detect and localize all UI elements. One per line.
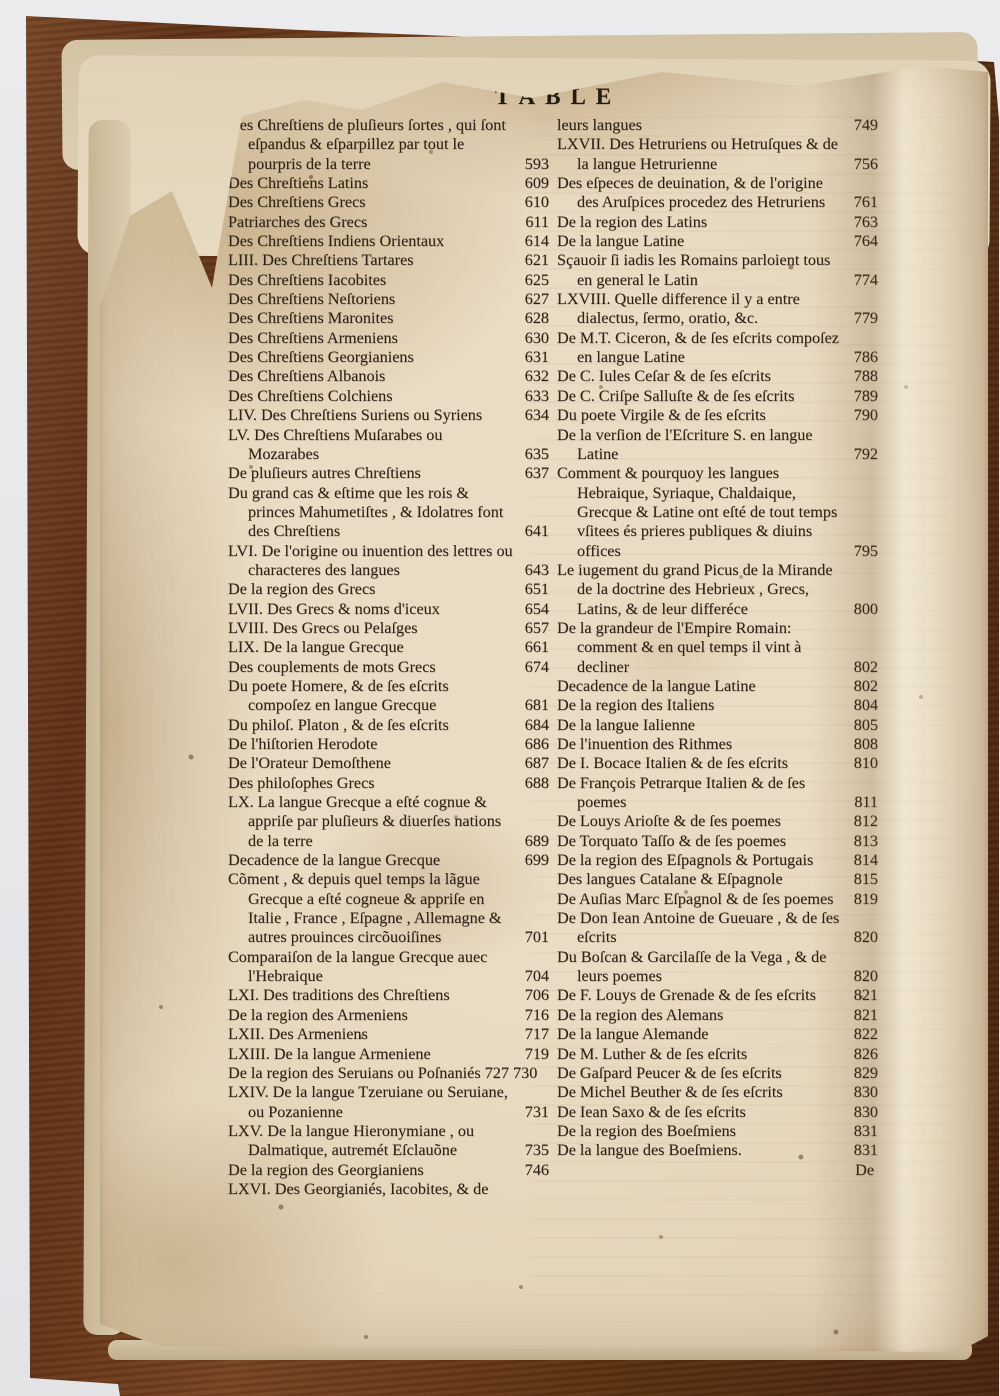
toc-entry: De Gaſpard Peucer & de ſes eſcrits 829 (557, 1064, 878, 1083)
toc-entry-page: 786 (854, 348, 878, 367)
toc-entry-text: Du poete Homere, & de ſes eſcrits compoſ… (228, 677, 449, 714)
toc-entry: Comparaiſon de la langue Grecque auec l'… (228, 948, 549, 987)
toc-entry-text: De l'inuention des Rithmes (557, 735, 732, 753)
toc-entry-page: 625 (525, 271, 549, 290)
toc-entry: Sçauoir ſi iadis les Romains parloient t… (557, 251, 878, 290)
toc-entry-text: Des langues Catalane & Eſpagnole (557, 870, 783, 888)
toc-entry-page: 756 (854, 155, 878, 174)
toc-entry: De la region des Seruians ou Poſnaniés 7… (228, 1064, 549, 1083)
toc-entry-page: 651 (525, 580, 549, 599)
toc-entry-text: Des Chreſtiens Latins (228, 174, 368, 192)
toc-entry: Des eſpeces de deuination, & de l'origin… (557, 174, 878, 213)
toc-entry-text: LVI. De l'origine ou inuention des lettr… (228, 542, 513, 579)
toc-entry: De la region des Italiens 804 (557, 696, 878, 715)
toc-entry-text: Des Chreſtiens Maronites (228, 309, 393, 327)
toc-entry-text: De Iean Saxo & de ſes eſcrits (557, 1103, 746, 1121)
toc-entry-text: LVII. Des Grecs & noms d'iceux (228, 600, 440, 618)
toc-entry-text: Des Chreſtiens Grecs (228, 193, 366, 211)
toc-entry: De l'hiſtorien Herodote 686 (228, 735, 549, 754)
toc-entry-text: De la langue Alemande (557, 1025, 708, 1043)
toc-entry: Des Chreſtiens Iacobites 625 (228, 271, 549, 290)
toc-entry: Decadence de la langue Latine 802 (557, 677, 878, 696)
toc-entry-text: Sçauoir ſi iadis les Romains parloient t… (557, 251, 830, 288)
toc-entry-text: De Louys Arioſte & de ſes poemes (557, 812, 781, 830)
toc-entry-page: 830 (854, 1103, 878, 1122)
toc-entry-text: De Torquato Taſſo & de ſes poemes (557, 832, 786, 850)
toc-entry: Des Chreſtiens Armeniens 630 (228, 329, 549, 348)
toc-entry-text: leurs langues (557, 116, 642, 134)
toc-entry-text: Des Chreſtiens Iacobites (228, 271, 386, 289)
toc-entry: LXIII. De la langue Armeniene 719 (228, 1045, 549, 1064)
toc-entry-text: De la region des Alemans (557, 1006, 723, 1024)
toc-entry-page: 763 (854, 213, 878, 232)
toc-entry-page: 810 (854, 754, 878, 773)
toc-entry-page: 633 (525, 387, 549, 406)
toc-entry-page: 731 (525, 1103, 549, 1122)
toc-entry-text: De C. Iules Ceſar & de ſes eſcrits (557, 367, 771, 385)
toc-entry: De Don Iean Antoine de Gueuare , & de ſe… (557, 909, 878, 948)
toc-entry-page: 706 (525, 986, 549, 1005)
toc-entry-text: Decadence de la langue Latine (557, 677, 756, 695)
toc-entry-page: 610 (525, 193, 549, 212)
toc-entry-text: LXVII. Des Hetruriens ou Hetruſques & de… (557, 135, 838, 172)
toc-entry-text: De la langue Latine (557, 232, 684, 250)
toc-entry: LIX. De la langue Grecque 661 (228, 638, 549, 657)
toc-entry: Patriarches des Grecs 611 (228, 213, 549, 232)
toc-entry-text: LXI. Des traditions des Chreſtiens (228, 986, 450, 1004)
toc-entry: De Iean Saxo & de ſes eſcrits 830 (557, 1103, 878, 1122)
toc-entry-page: 789 (854, 387, 878, 406)
toc-entry-text: Des Chreſtiens Armeniens (228, 329, 398, 347)
toc-entry-page: 735 (525, 1141, 549, 1160)
toc-entry: Des Chreſtiens Albanois 632 (228, 367, 549, 386)
toc-entry: De la region des Georgianiens 746 (228, 1161, 549, 1180)
toc-entry: De F. Louys de Grenade & de ſes eſcrits … (557, 986, 878, 1005)
toc-entry: LV. Des Chreſtiens Muſarabes ou Mozarabe… (228, 426, 549, 465)
toc-entry: De la langue Alemande 822 (557, 1025, 878, 1044)
toc-entry: De la langue des Boeſmiens. 831 (557, 1141, 878, 1160)
toc-entry-text: De la region des Eſpagnols & Portugais (557, 851, 813, 869)
book-page: TABLE Des Chreſtiens de pluſieurs ſortes… (100, 56, 988, 1352)
toc-entry-page: 621 (525, 251, 549, 270)
toc-entry: De la region des Alemans 821 (557, 1006, 878, 1025)
toc-entry: LXV. De la langue Hieronymiane , ou Dalm… (228, 1122, 549, 1161)
toc-entry-page: 790 (854, 406, 878, 425)
toc-entry-page: 805 (854, 716, 878, 735)
toc-entry-page: 699 (525, 851, 549, 870)
toc-entry-text: Des eſpeces de deuination, & de l'origin… (557, 174, 825, 211)
toc-entry: De I. Bocace Italien & de ſes eſcrits 81… (557, 754, 878, 773)
toc-entry: LXVIII. Quelle difference il y a entre d… (557, 290, 878, 329)
toc-entry-page: 815 (854, 870, 878, 889)
toc-entry-page: 701 (525, 928, 549, 947)
toc-entry: De la region des Boeſmiens 831 (557, 1122, 878, 1141)
toc-entry: Du grand cas & eſtime que les rois & pri… (228, 484, 549, 542)
toc-entry-text: De François Petrarque Italien & de ſes p… (557, 774, 805, 811)
toc-entry-text: De F. Louys de Grenade & de ſes eſcrits (557, 986, 816, 1004)
toc-entry-page: 661 (525, 638, 549, 657)
toc-entry-text: De Gaſpard Peucer & de ſes eſcrits (557, 1064, 782, 1082)
toc-entry-text: LXV. De la langue Hieronymiane , ou Dalm… (228, 1122, 474, 1159)
toc-entry-page: 657 (525, 619, 549, 638)
toc-entry-text: De la region des Boeſmiens (557, 1122, 736, 1140)
toc-entry: De C. Criſpe Salluſte & de ſes eſcrits 7… (557, 387, 878, 406)
toc-entry-page: 654 (525, 600, 549, 619)
toc-entry-text: LIII. Des Chreſtiens Tartares (228, 251, 414, 269)
toc-entry: Cõment , & depuis quel temps la lãgue Gr… (228, 870, 549, 947)
toc-entry-page: 689 (525, 832, 549, 851)
toc-column-left: Des Chreſtiens de pluſieurs ſortes , qui… (228, 116, 549, 1199)
toc-entry-page: 686 (525, 735, 549, 754)
toc-entry: De M. Luther & de ſes eſcrits 826 (557, 1045, 878, 1064)
toc-entry-page: 614 (525, 232, 549, 251)
toc-entry-text: De la verſion de l'Eſcriture S. en langu… (557, 426, 813, 463)
toc-entry-text: Des Chreſtiens Indiens Orientaux (228, 232, 444, 250)
toc-entry: De la langue Ialienne 805 (557, 716, 878, 735)
toc-entry-text: Des philoſophes Grecs (228, 774, 375, 792)
toc-entry: LXVII. Des Hetruriens ou Hetruſques & de… (557, 135, 878, 174)
toc-entry-text: De I. Bocace Italien & de ſes eſcrits (557, 754, 788, 772)
toc-entry: De Auſias Marc Eſpagnol & de ſes poemes … (557, 890, 878, 909)
toc-entry-page: 632 (525, 367, 549, 386)
toc-entry: Des philoſophes Grecs 688 (228, 774, 549, 793)
toc-entry-page: 631 (525, 348, 549, 367)
toc-entry-page: 634 (525, 406, 549, 425)
toc-entry: De la region des Latins 763 (557, 213, 878, 232)
toc-entry-page: 779 (854, 309, 878, 328)
toc-entry-page: 593 (525, 155, 549, 174)
toc-entry-text: LXVI. Des Georgianiés, Iacobites, & de (228, 1180, 488, 1198)
toc-entry-page: 800 (854, 600, 878, 619)
toc-entry-text: Du grand cas & eſtime que les rois & pri… (228, 484, 503, 541)
toc-entry: LXIV. De la langue Tzeruiane ou Seruiane… (228, 1083, 549, 1122)
catchword: De (557, 1161, 878, 1180)
toc-entry: LVIII. Des Grecs ou Pelaſges 657 (228, 619, 549, 638)
toc-entry-page: 687 (525, 754, 549, 773)
toc-entry-page: 830 (854, 1083, 878, 1102)
toc-entry: Des couplements de mots Grecs 674 (228, 658, 549, 677)
toc-entry: LIV. Des Chreſtiens Suriens ou Syriens 6… (228, 406, 549, 425)
toc-entry: De François Petrarque Italien & de ſes p… (557, 774, 878, 813)
toc-entry-page: 808 (854, 735, 878, 754)
toc-entry: De Torquato Taſſo & de ſes poemes 813 (557, 832, 878, 851)
toc-entry: Comment & pourquoy les langues Hebraique… (557, 464, 878, 561)
toc-entry: LXII. Des Armeniens 717 (228, 1025, 549, 1044)
toc-entry: Le iugement du grand Picus de la Mirande… (557, 561, 878, 619)
toc-entry-text: LX. La langue Grecque a eſté cognue & ap… (228, 793, 501, 850)
toc-entry-page: 719 (525, 1045, 549, 1064)
toc-entry: LVII. Des Grecs & noms d'iceux 654 (228, 600, 549, 619)
toc-entry-page: 749 (854, 116, 878, 135)
toc-entry: De la grandeur de l'Empire Romain: comme… (557, 619, 878, 677)
toc-entry-text: De l'hiſtorien Herodote (228, 735, 377, 753)
toc-entry: De la langue Latine 764 (557, 232, 878, 251)
toc-entry-page: 804 (854, 696, 878, 715)
toc-entry-text: De Don Iean Antoine de Gueuare , & de ſe… (557, 909, 839, 946)
toc-entry: Des Chreſtiens Grecs 610 (228, 193, 549, 212)
toc-entry-text: De la region des Latins (557, 213, 707, 231)
toc-entry-text: De l'Orateur Demoſthene (228, 754, 391, 772)
toc-entry-page: 727 730 (485, 1064, 538, 1082)
toc-entry-text: De la region des Armeniens (228, 1006, 408, 1024)
toc-entry: Des Chreſtiens Maronites 628 (228, 309, 549, 328)
toc-entry-page: 831 (854, 1122, 878, 1141)
toc-entry: Des Chreſtiens Indiens Orientaux 614 (228, 232, 549, 251)
toc-entry-text: Des Chreſtiens Neſtoriens (228, 290, 395, 308)
toc-entry: Du Boſcan & Garcilaſſe de la Vega , & de… (557, 948, 878, 987)
toc-entry-text: LIV. Des Chreſtiens Suriens ou Syriens (228, 406, 482, 424)
toc-entry-text: De la region des Georgianiens (228, 1161, 424, 1179)
toc-entry-page: 812 (854, 812, 878, 831)
toc-entry-text: De Auſias Marc Eſpagnol & de ſes poemes (557, 890, 833, 908)
toc-entry-text: LXII. Des Armeniens (228, 1025, 368, 1043)
toc-entry-text: LXIII. De la langue Armeniene (228, 1045, 431, 1063)
toc-entry: De la verſion de l'Eſcriture S. en langu… (557, 426, 878, 465)
toc-entry-page: 814 (854, 851, 878, 870)
toc-entry-text: De la grandeur de l'Empire Romain: comme… (557, 619, 801, 676)
toc-entry-text: Des Chreſtiens de pluſieurs ſortes , qui… (228, 116, 506, 173)
toc-entry-text: LVIII. Des Grecs ou Pelaſges (228, 619, 418, 637)
toc-entry-text: Du philoſ. Platon , & de ſes eſcrits (228, 716, 449, 734)
toc-entry-page: 611 (525, 213, 549, 232)
toc-entry-page: 792 (854, 445, 878, 464)
toc-entry-text: De M.T. Ciceron, & de ſes eſcrits compoſ… (557, 329, 839, 366)
toc-entry-page: 820 (854, 928, 878, 947)
toc-entry-page: 764 (854, 232, 878, 251)
toc-entry-text: De la region des Grecs (228, 580, 375, 598)
toc-entry-page: 681 (525, 696, 549, 715)
toc-entry-text: Du Boſcan & Garcilaſſe de la Vega , & de… (557, 948, 826, 985)
toc-entry-page: 802 (854, 677, 878, 696)
toc-entry-page: 795 (854, 542, 878, 561)
toc-entry: Des Chreſtiens Georgianiens 631 (228, 348, 549, 367)
toc-entry: Des langues Catalane & Eſpagnole 815 (557, 870, 878, 889)
toc-entry-page: 641 (525, 522, 549, 541)
toc-entry: Du poete Virgile & de ſes eſcrits 790 (557, 406, 878, 425)
toc-columns: Des Chreſtiens de pluſieurs ſortes , qui… (228, 116, 878, 1199)
toc-entry: De l'Orateur Demoſthene 687 (228, 754, 549, 773)
toc-entry: De l'inuention des Rithmes 808 (557, 735, 878, 754)
toc-entry-page: 831 (854, 1141, 878, 1160)
toc-entry-page: 788 (854, 367, 878, 386)
toc-entry-text: Cõment , & depuis quel temps la lãgue Gr… (228, 870, 502, 946)
page-content: TABLE Des Chreſtiens de pluſieurs ſortes… (228, 84, 878, 1199)
toc-entry-text: De la langue Ialienne (557, 716, 695, 734)
toc-entry: Du philoſ. Platon , & de ſes eſcrits 684 (228, 716, 549, 735)
toc-entry-text: De la region des Italiens (557, 696, 714, 714)
toc-entry-page: 822 (854, 1025, 878, 1044)
toc-entry-text: LIX. De la langue Grecque (228, 638, 404, 656)
toc-entry-text: LXVIII. Quelle difference il y a entre d… (557, 290, 800, 327)
toc-entry: Du poete Homere, & de ſes eſcrits compoſ… (228, 677, 549, 716)
toc-entry-text: LV. Des Chreſtiens Muſarabes ou Mozarabe… (228, 426, 442, 463)
toc-entry-page: 761 (854, 193, 878, 212)
toc-entry-text: De la region des Seruians ou Poſnaniés (228, 1064, 481, 1082)
toc-entry-text: De pluſieurs autres Chreſtiens (228, 464, 421, 482)
toc-entry-page: 826 (854, 1045, 878, 1064)
toc-entry-page: 829 (854, 1064, 878, 1083)
toc-entry: De M.T. Ciceron, & de ſes eſcrits compoſ… (557, 329, 878, 368)
toc-entry: LIII. Des Chreſtiens Tartares 621 (228, 251, 549, 270)
toc-entry: Des Chreſtiens Colchiens 633 (228, 387, 549, 406)
toc-entry-page: 774 (854, 271, 878, 290)
toc-entry: De Michel Beuther & de ſes eſcrits 830 (557, 1083, 878, 1102)
toc-entry-page: 821 (854, 1006, 878, 1025)
toc-entry-page: 716 (525, 1006, 549, 1025)
toc-entry-page: 820 (854, 967, 878, 986)
toc-entry: Des Chreſtiens Latins 609 (228, 174, 549, 193)
toc-entry-page: 811 (854, 793, 878, 812)
toc-entry-page: 635 (525, 445, 549, 464)
toc-entry-text: De C. Criſpe Salluſte & de ſes eſcrits (557, 387, 794, 405)
toc-entry-page: 627 (525, 290, 549, 309)
toc-entry-page: 802 (854, 658, 878, 677)
toc-entry-page: 609 (525, 174, 549, 193)
toc-entry-page: 674 (525, 658, 549, 677)
toc-entry-text: Des couplements de mots Grecs (228, 658, 436, 676)
toc-entry: De C. Iules Ceſar & de ſes eſcrits 788 (557, 367, 878, 386)
toc-entry-page: 746 (525, 1161, 549, 1180)
toc-entry-text: De Michel Beuther & de ſes eſcrits (557, 1083, 783, 1101)
toc-entry-page: 717 (525, 1025, 549, 1044)
toc-entry-page: 628 (525, 309, 549, 328)
toc-entry-page: 819 (854, 890, 878, 909)
toc-entry-page: 821 (854, 986, 878, 1005)
toc-entry: LXI. Des traditions des Chreſtiens 706 (228, 986, 549, 1005)
toc-entry: LXVI. Des Georgianiés, Iacobites, & de (228, 1180, 549, 1199)
toc-entry-text: Des Chreſtiens Colchiens (228, 387, 393, 405)
toc-entry: De la region des Armeniens 716 (228, 1006, 549, 1025)
toc-entry: Des Chreſtiens Neſtoriens 627 (228, 290, 549, 309)
toc-entry-page: 684 (525, 716, 549, 735)
toc-entry: De pluſieurs autres Chreſtiens 637 (228, 464, 549, 483)
toc-entry-page: 813 (854, 832, 878, 851)
toc-entry-text: Des Chreſtiens Georgianiens (228, 348, 414, 366)
toc-entry: De la region des Grecs 651 (228, 580, 549, 599)
toc-entry-text: De la langue des Boeſmiens. (557, 1141, 742, 1159)
toc-entry: De la region des Eſpagnols & Portugais 8… (557, 851, 878, 870)
toc-entry-text: Comparaiſon de la langue Grecque auec l'… (228, 948, 487, 985)
toc-entry: LX. La langue Grecque a eſté cognue & ap… (228, 793, 549, 851)
toc-entry-text: LXIV. De la langue Tzeruiane ou Seruiane… (228, 1083, 508, 1120)
toc-entry-text: Du poete Virgile & de ſes eſcrits (557, 406, 766, 424)
toc-entry-text: Le iugement du grand Picus de la Mirande… (557, 561, 833, 618)
toc-entry: De Louys Arioſte & de ſes poemes 812 (557, 812, 878, 831)
toc-entry-text: De M. Luther & de ſes eſcrits (557, 1045, 747, 1063)
toc-entry-text: Decadence de la langue Grecque (228, 851, 440, 869)
toc-entry-text: Comment & pourquoy les langues Hebraique… (557, 464, 837, 559)
book-photo: TABLE Des Chreſtiens de pluſieurs ſortes… (0, 0, 1000, 1396)
toc-entry-text: Des Chreſtiens Albanois (228, 367, 385, 385)
toc-entry: leurs langues 749 (557, 116, 878, 135)
toc-entry-page: 643 (525, 561, 549, 580)
toc-entry-page: 704 (525, 967, 549, 986)
toc-entry: Decadence de la langue Grecque 699 (228, 851, 549, 870)
toc-entry: Des Chreſtiens de pluſieurs ſortes , qui… (228, 116, 549, 174)
toc-entry-page: 637 (525, 464, 549, 483)
toc-entry: LVI. De l'origine ou inuention des lettr… (228, 542, 549, 581)
toc-column-right: leurs langues 749LXVII. Des Hetruriens o… (557, 116, 878, 1199)
toc-entry-page: 630 (525, 329, 549, 348)
toc-entry-page: 688 (525, 774, 549, 793)
toc-entry-text: Patriarches des Grecs (228, 213, 367, 231)
